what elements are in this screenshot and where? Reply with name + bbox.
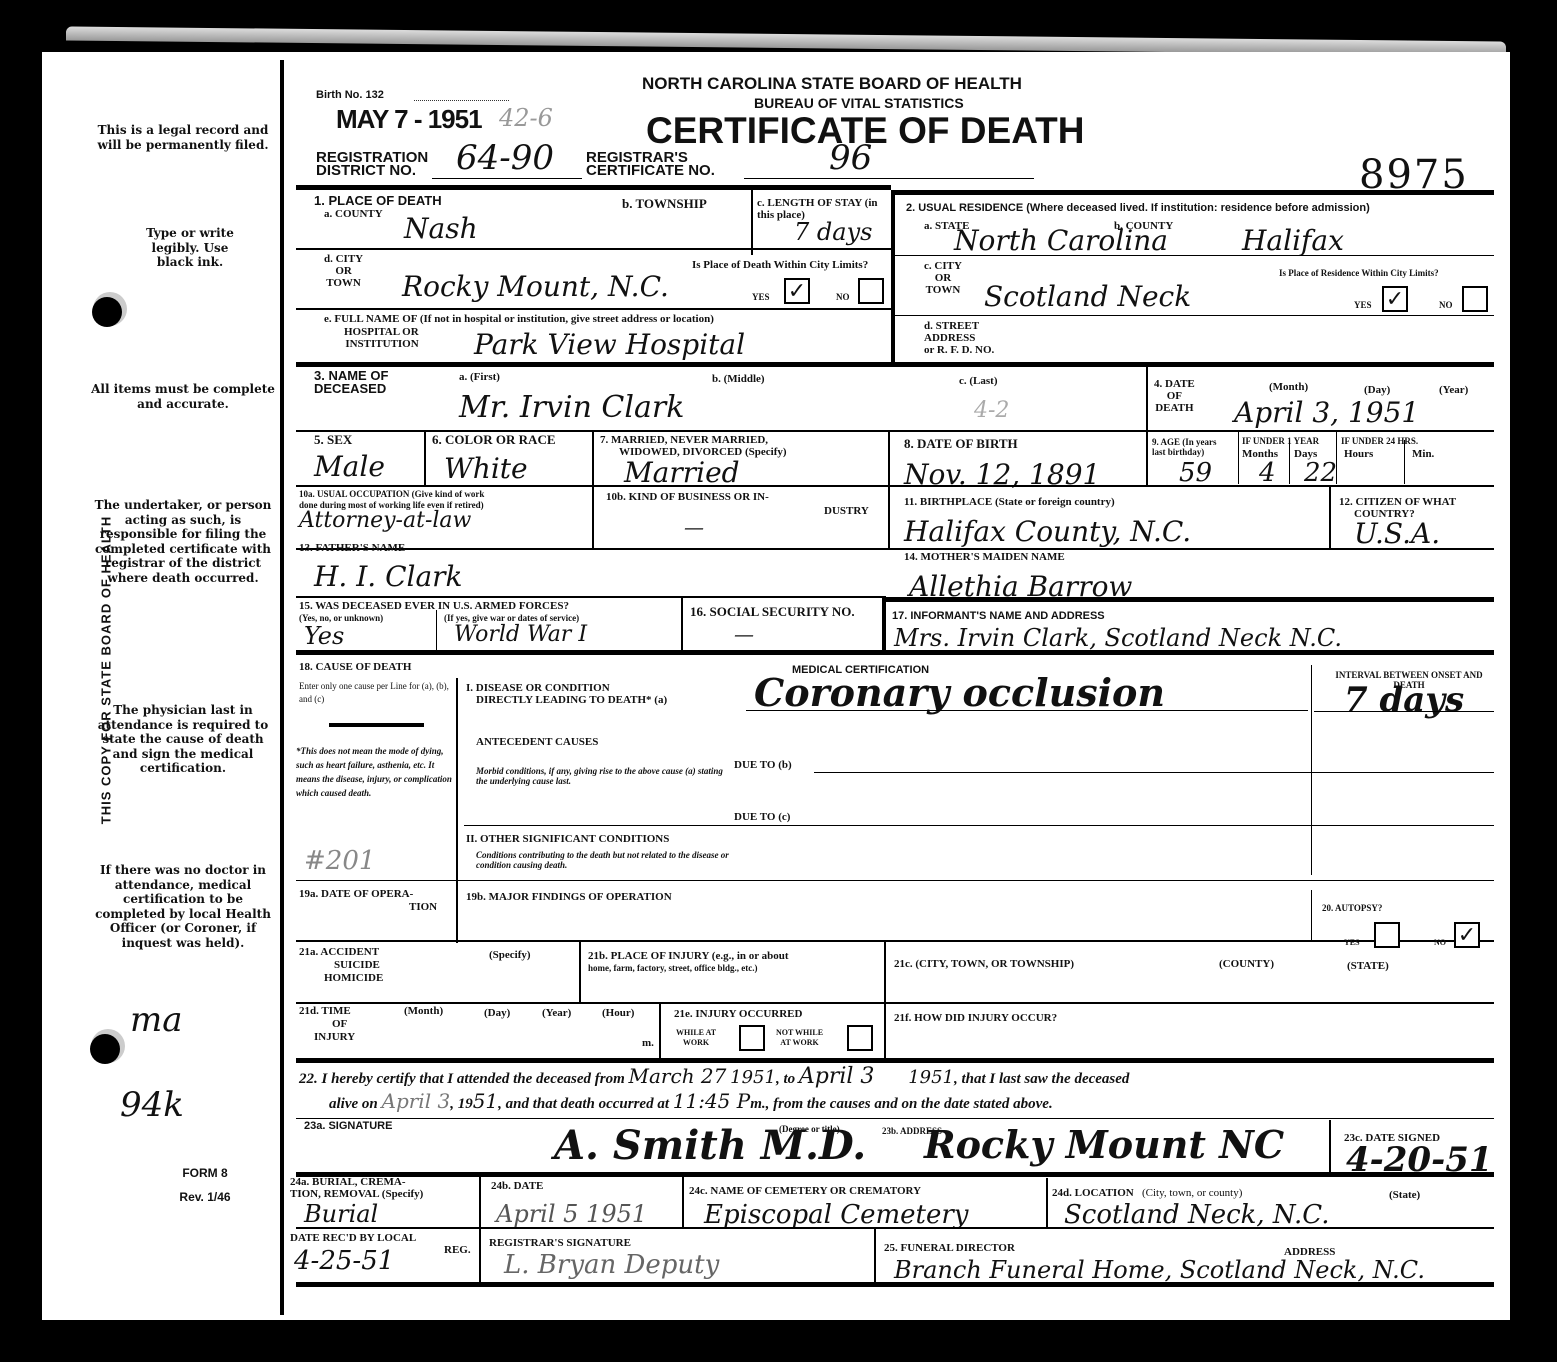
reg-district-no: 64-90 xyxy=(456,138,554,178)
attended-from: March 27 xyxy=(629,1064,727,1088)
age-months: 4 xyxy=(1259,458,1276,488)
margin-annotation-1: ma xyxy=(130,1000,183,1040)
date-received: 4-25-51 xyxy=(294,1246,394,1276)
cemetery-name: Episcopal Cemetery xyxy=(704,1200,969,1230)
death-within-city-yes-checkbox[interactable]: ✓ xyxy=(784,278,810,304)
registrar-signature: L. Bryan Deputy xyxy=(504,1250,719,1280)
death-within-city-no-checkbox[interactable] xyxy=(858,278,884,304)
injury-at-work-checkbox[interactable] xyxy=(739,1025,765,1051)
stamp-annotation: 42-6 xyxy=(499,104,553,132)
burial-location: Scotland Neck, N.C. xyxy=(1064,1200,1330,1230)
certificate-form: Birth No. 132 MAY 7 - 1951 42-6 NORTH CA… xyxy=(280,60,1505,1315)
place-of-death-label: 1. PLACE OF DEATH xyxy=(314,194,442,207)
residence-within-city-yes-checkbox[interactable]: ✓ xyxy=(1382,286,1408,312)
received-stamp: MAY 7 - 1951 xyxy=(336,104,482,135)
sex: Male xyxy=(314,450,385,483)
margin-note-undertaker: The undertaker, or person acting as such… xyxy=(88,498,278,585)
margin-note-physician: The physician last in attendance is requ… xyxy=(88,703,278,776)
occupation: Attorney-at-law xyxy=(299,508,471,533)
form-revision: Rev. 1/46 xyxy=(160,1190,250,1204)
autopsy-yes-checkbox[interactable] xyxy=(1374,922,1400,948)
birth-no-label: Birth No. 132 xyxy=(316,89,384,101)
autopsy-no-checkbox[interactable]: ✓ xyxy=(1454,922,1480,948)
death-city: Rocky Mount, N.C. xyxy=(402,270,669,303)
ssn: — xyxy=(734,622,754,646)
registrar-cert-no: 96 xyxy=(829,138,872,178)
hospital-name: Park View Hospital xyxy=(474,328,745,361)
vertical-copy-label: THIS COPY FOR STATE BOARD OF HEALTH xyxy=(96,480,116,860)
disposition-date: April 5 1951 xyxy=(496,1200,647,1228)
margin-note-complete: All items must be complete and accurate. xyxy=(88,382,278,411)
alive-on: April 3 xyxy=(382,1089,451,1113)
deceased-name: Mr. Irvin Clark xyxy=(459,390,684,425)
armed-forces: Yes xyxy=(304,622,344,650)
death-county: Nash xyxy=(404,212,478,245)
father-name: H. I. Clark xyxy=(314,560,463,593)
residence-city: Scotland Neck xyxy=(984,280,1191,313)
reg-district-label: REGISTRATIONDISTRICT NO. xyxy=(316,151,428,177)
margin-note-legal: This is a legal record and will be perma… xyxy=(88,123,278,152)
interval: 7 days xyxy=(1344,680,1464,720)
age-years: 59 xyxy=(1179,458,1212,488)
punch-hole-top xyxy=(92,297,122,327)
residence-county: Halifax xyxy=(1242,224,1344,257)
bureau-title: BUREAU OF VITAL STATISTICS xyxy=(754,95,964,111)
war-service: World War I xyxy=(454,622,587,647)
length-of-stay: 7 days xyxy=(794,218,872,246)
citizenship: U.S.A. xyxy=(1354,517,1440,550)
business: — xyxy=(684,515,704,539)
margin-note-legibly: Type or write legibly. Use black ink. xyxy=(140,226,240,270)
punch-hole-bottom xyxy=(90,1034,120,1064)
attended-to: April 3 xyxy=(799,1064,875,1089)
date-of-death: April 3, 1951 xyxy=(1234,396,1419,429)
cause-a: Coronary occlusion xyxy=(754,670,1165,715)
birthplace: Halifax County, N.C. xyxy=(904,515,1191,548)
disposition-type: Burial xyxy=(304,1200,378,1228)
informant: Mrs. Irvin Clark, Scotland Neck N.C. xyxy=(894,624,1342,652)
age-days: 22 xyxy=(1304,458,1337,488)
injury-not-at-work-checkbox[interactable] xyxy=(847,1025,873,1051)
funeral-director: Branch Funeral Home, Scotland Neck, N.C. xyxy=(894,1256,1425,1284)
registrar-cert-label: REGISTRAR'SCERTIFICATE NO. xyxy=(586,151,715,177)
form-number: FORM 8 xyxy=(160,1166,250,1180)
residence-label: 2. USUAL RESIDENCE (Where deceased lived… xyxy=(906,202,1370,214)
agency-title: NORTH CAROLINA STATE BOARD OF HEALTH xyxy=(642,74,1022,94)
margin-annotation-2: 94k xyxy=(120,1085,184,1125)
certification-statement: 22. I hereby certify that I attended the… xyxy=(299,1070,1129,1086)
margin-note-no-doctor: If there was no doctor in attendance, me… xyxy=(88,863,278,950)
time-of-death: 11:45 P xyxy=(673,1089,750,1113)
physician-signature: A. Smith M.D. xyxy=(554,1122,866,1169)
physician-address: Rocky Mount NC xyxy=(924,1122,1284,1167)
race: White xyxy=(444,452,528,485)
residence-within-city-no-checkbox[interactable] xyxy=(1462,286,1488,312)
